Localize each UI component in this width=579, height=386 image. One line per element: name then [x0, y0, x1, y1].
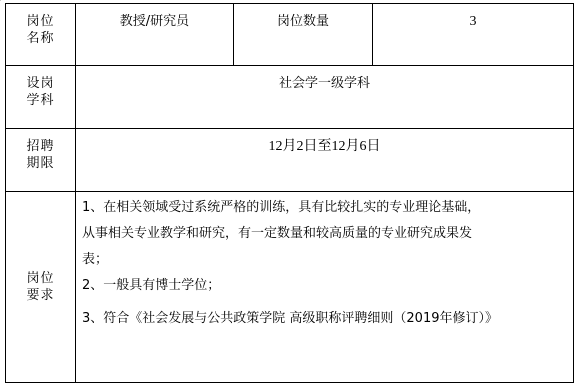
- label-discipline: 设岗学科: [6, 66, 76, 129]
- page-corner-mark: [0, 0, 1, 1]
- position-title: 教授/研究员: [76, 4, 233, 30]
- position-count-value: 3: [373, 4, 574, 66]
- requirements-value: 1、在相关领域受过系统严格的训练，具有比较扎实的专业理论基础， 从事相关专业教学…: [76, 192, 574, 383]
- position-count: 3: [373, 4, 573, 30]
- position-count-heading: 岗位数量: [234, 4, 372, 30]
- row-discipline: 设岗学科 社会学一级学科: [6, 66, 574, 129]
- requirement-item: 从事相关专业教学和研究，有一定数量和较高质量的专业研究成果发: [82, 221, 569, 247]
- recruitment-period-value: 12月2日至12月6日: [76, 129, 574, 192]
- label-line: 名称: [26, 31, 54, 46]
- label-line: 要求: [26, 288, 54, 303]
- recruitment-period-text: 12月2日至12月6日: [76, 129, 573, 155]
- requirement-item: 3、符合《社会发展与公共政策学院 高级职称评聘细则（2019年修订）》: [82, 306, 569, 332]
- label-line: 岗位: [26, 14, 54, 29]
- label-line: 期限: [26, 156, 54, 171]
- row-recruitment-period: 招聘期限 12月2日至12月6日: [6, 129, 574, 192]
- label-line: 设岗: [26, 76, 54, 91]
- label-recruitment-period: 招聘期限: [6, 129, 76, 192]
- row-position-name: 岗位名称 教授/研究员 岗位数量 3: [6, 4, 574, 66]
- discipline-value: 社会学一级学科: [76, 66, 574, 129]
- position-count-label: 岗位数量: [234, 4, 373, 66]
- discipline-text: 社会学一级学科: [76, 66, 573, 92]
- requirements-list: 1、在相关领域受过系统严格的训练，具有比较扎实的专业理论基础， 从事相关专业教学…: [76, 192, 573, 332]
- position-name-value: 教授/研究员: [76, 4, 234, 66]
- requirement-item: 1、在相关领域受过系统严格的训练，具有比较扎实的专业理论基础，: [82, 195, 569, 221]
- label-line: 学科: [26, 93, 54, 108]
- label-line: 岗位: [26, 271, 54, 286]
- label-line: 招聘: [26, 139, 54, 154]
- position-table: 岗位名称 教授/研究员 岗位数量 3 设岗学科 社会学一级学科 招聘期限 12月…: [5, 3, 574, 383]
- requirement-item: 表；: [82, 247, 569, 273]
- label-requirements: 岗位要求: [6, 192, 76, 383]
- requirement-item: 2、一般具有博士学位；: [82, 273, 569, 299]
- row-requirements: 岗位要求 1、在相关领域受过系统严格的训练，具有比较扎实的专业理论基础， 从事相…: [6, 192, 574, 383]
- label-position-name: 岗位名称: [6, 4, 76, 66]
